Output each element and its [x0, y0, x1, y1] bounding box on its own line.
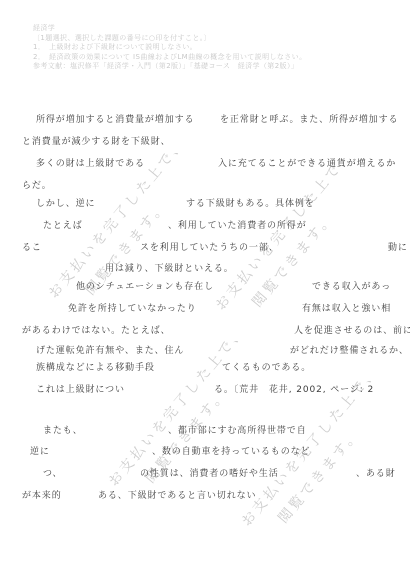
body-text-segment: げた運転免許有無や、また、住ん	[36, 343, 184, 356]
body-text-segment: 多くの財は上級財である	[36, 156, 145, 169]
body-text-segment: できる収入があっ	[312, 279, 391, 292]
body-text-line: げた運転免許有無や、また、住んがどれだけ整備されるか、また家	[0, 343, 410, 357]
body-text-segment: と消費量が減少する財を下級財、	[22, 134, 171, 147]
body-text-segment: 逆に	[30, 444, 50, 457]
body-text-segment: るこ	[22, 240, 42, 253]
body-text-line: が本来的ある、下級財であると言い切れない	[0, 488, 410, 502]
body-text-segment: を正常財と呼ぶ。また、所得が増加する	[220, 112, 398, 125]
body-text-segment: する下級財もある。具体例を	[186, 196, 315, 209]
body-text-line: またも、、都市部にすむ高所得世帯で自	[0, 423, 410, 437]
body-text-segment: 、ある財	[356, 466, 396, 479]
body-text-segment: が本来的	[22, 488, 62, 501]
body-text-line: るこスを利用していたうちの一部、動に	[0, 240, 410, 254]
body-text-line: らだ。	[0, 178, 410, 192]
document-page: 経済学〔1題選択、選択した課題の番号に○印を付すこと。〕1． 上級財および下級財…	[0, 0, 410, 580]
body-text-line: 免許を所持していなかったり有無は収入と強い相	[0, 301, 410, 315]
body-text-segment: 入に充てることができる通貨が増えるか	[218, 156, 396, 169]
body-text-line: 用は減り、下級財といえる。	[0, 261, 410, 275]
body-text-segment: たとえば	[43, 218, 83, 231]
body-text-line: しかし、逆にする下級財もある。具体例を	[0, 196, 410, 210]
body-text-line: 族構成などによる移動手段てくるものである。	[0, 360, 410, 374]
body-text-line: 逆に、数の自動車を持っているものなど	[0, 444, 410, 458]
body-text-line: があるわけではない。たとえば、人を促進させるのは、前に挙	[0, 323, 410, 337]
body-text-segment: スを利用していたうちの一部、	[140, 240, 279, 253]
body-text-segment: 所得が増加すると消費量が増加する	[36, 112, 194, 125]
body-text-segment: 動に	[388, 240, 408, 253]
body-text-segment: ある、下級財であると言い切れない	[98, 488, 256, 501]
body-text-segment: る。〔荒井 花井, 2002, ページ: 2	[214, 382, 374, 395]
body-text-segment: これは上級財につい	[36, 382, 125, 395]
body-text-segment: 人を促進させるのは、前に挙	[294, 323, 410, 336]
body-text-segment: 免許を所持していなかったり	[68, 301, 197, 314]
body-text-line: たとえば、利用していた消費者の所得が	[0, 218, 410, 232]
body-text-line: と消費量が減少する財を下級財、	[0, 134, 410, 148]
body-text-segment: てくるものである。	[222, 360, 311, 373]
body-text-segment: 用は減り、下級財といえる。	[105, 261, 234, 274]
body-text-line: 多くの財は上級財である入に充てることができる通貨が増えるか	[0, 156, 410, 170]
body-text-segment: 、数の自動車を持っているものなど	[152, 444, 310, 457]
body-text-segment: 、都市部にすむ高所得世帯で自	[168, 423, 307, 436]
body-text-segment: 族構成などによる移動手段	[36, 360, 155, 373]
body-text-segment: 他のシチュエーションも存在し	[76, 279, 214, 292]
body-text-segment: またも、	[43, 423, 83, 436]
body-text-segment: しかし、逆に	[36, 196, 95, 209]
essay-body: 所得が増加すると消費量が増加するを正常財と呼ぶ。また、所得が増加すると消費量が減…	[0, 0, 410, 580]
body-text-segment: らだ。	[22, 178, 52, 191]
body-text-line: 他のシチュエーションも存在しできる収入があっ	[0, 279, 410, 293]
body-text-segment: 有無は収入と強い相	[302, 301, 391, 314]
body-text-line: 所得が増加すると消費量が増加するを正常財と呼ぶ。また、所得が増加する	[0, 112, 410, 126]
body-text-line: つ、の性質は、消費者の嗜好や生活、ある財	[0, 466, 410, 480]
body-text-segment: の性質は、消費者の嗜好や生活	[140, 466, 279, 479]
body-text-line: これは上級財についる。〔荒井 花井, 2002, ページ: 2	[0, 382, 410, 396]
body-text-segment: がどれだけ整備されるか、また家	[290, 343, 410, 356]
body-text-segment: があるわけではない。たとえば、	[22, 323, 171, 336]
body-text-segment: つ、	[43, 466, 62, 479]
body-text-segment: 、利用していた消費者の所得が	[168, 218, 307, 231]
